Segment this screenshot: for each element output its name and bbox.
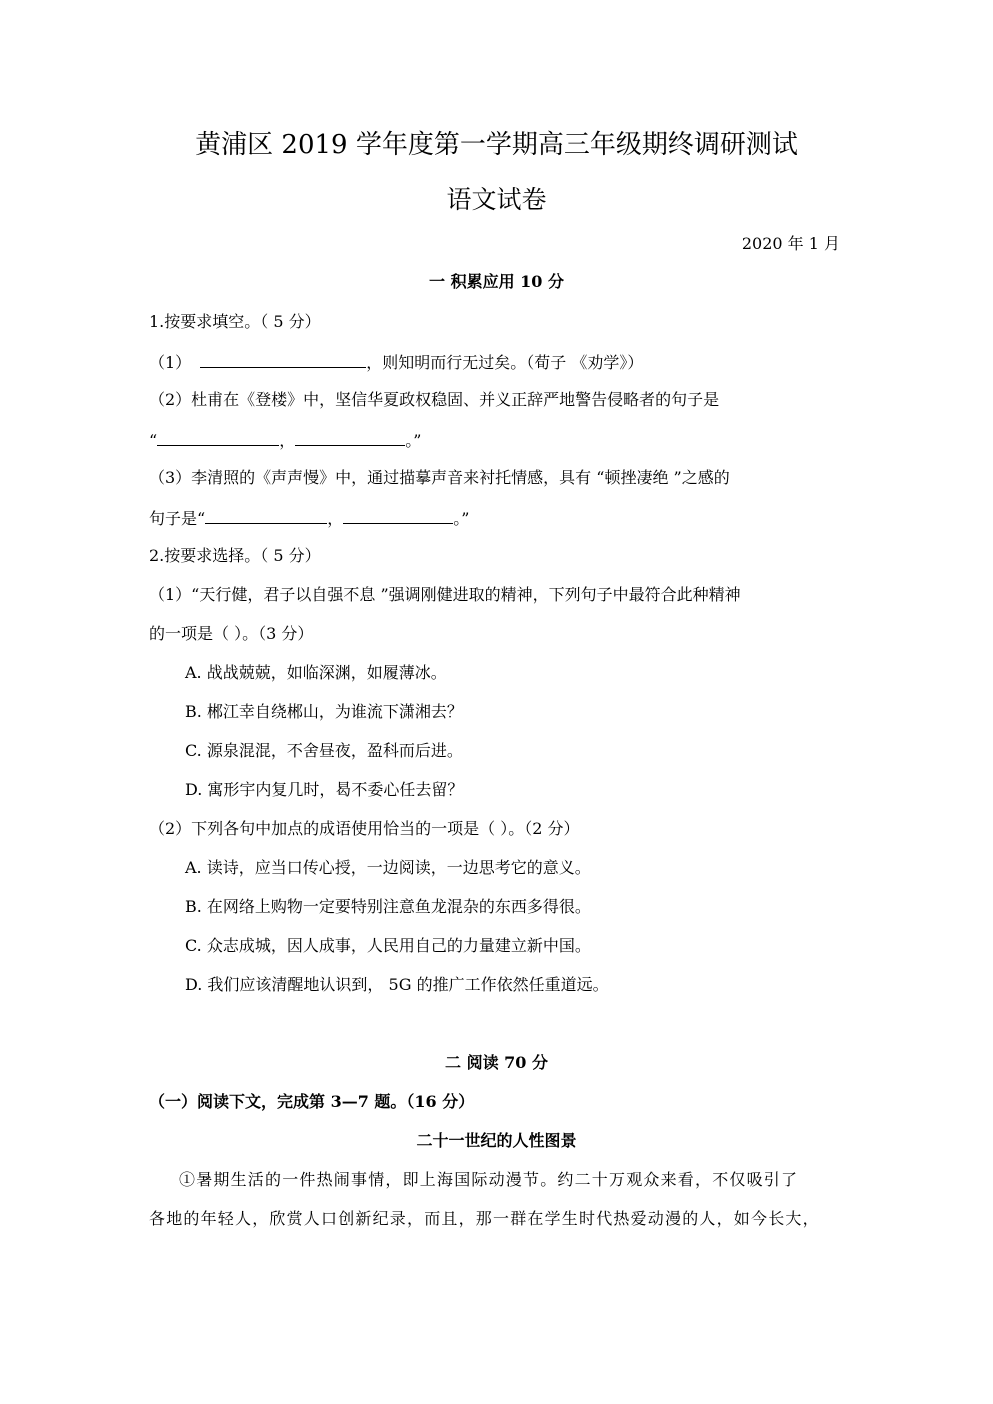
end-quote: 。” bbox=[405, 431, 421, 450]
option-c: C. 众志成城，因人成事，人民用自己的力量建立新中国。 bbox=[185, 936, 591, 956]
end-quote: 。” bbox=[453, 509, 469, 528]
article-title: 二十一世纪的人性图景 bbox=[0, 1131, 993, 1151]
section-1-title: 一 积累应用 10 分 bbox=[0, 272, 993, 292]
option-b: B. 郴江幸自绕郴山，为谁流下潇湘去？ bbox=[185, 702, 463, 722]
reading-part-1-heading: （一）阅读下文，完成第 3—7 题。（16 分） bbox=[149, 1092, 474, 1112]
fill-blank-1[interactable] bbox=[200, 351, 366, 368]
option-c: C. 源泉混混，不舍昼夜，盈科而后进。 bbox=[185, 741, 463, 761]
question-1-item-2: （2）杜甫在《登楼》中，坚信华夏政权稳固、并义正辞严地警告侵略者的句子是 bbox=[149, 390, 719, 410]
question-1-item-3: （3）李清照的《声声慢》中，通过描摹声音来衬托情感，具有 “顿挫凄绝 ”之感的 bbox=[149, 468, 730, 488]
question-1-stem: 1.按要求填空。（ 5 分） bbox=[149, 312, 321, 332]
option-b: B. 在网络上购物一定要特别注意鱼龙混杂的东西多得很。 bbox=[185, 897, 591, 917]
open-quote: “ bbox=[149, 431, 157, 450]
fill-blank-3b[interactable] bbox=[343, 507, 453, 524]
comma: ， bbox=[279, 431, 295, 450]
item-3-prefix: 句子是“ bbox=[149, 509, 205, 528]
fill-blank-3a[interactable] bbox=[205, 507, 327, 524]
question-2-sub-1-line-2: 的一项是（ ）。（3 分） bbox=[149, 624, 313, 644]
option-d: D. 我们应该清醒地认识到， 5G 的推广工作依然任重道远。 bbox=[185, 975, 609, 995]
option-a: A. 读诗，应当口传心授，一边阅读，一边思考它的意义。 bbox=[185, 858, 591, 878]
question-2-sub-2: （2）下列各句中加点的成语使用恰当的一项是（ ）。（2 分） bbox=[149, 819, 580, 839]
question-1-item-1: （1） ，则知明而行无过矣。（荀子 《劝学》） bbox=[149, 351, 643, 373]
question-2-stem: 2.按要求选择。（ 5 分） bbox=[149, 546, 321, 566]
article-paragraph-1-line-2: 各地的年轻人，欣赏人口创新纪录，而且，那一群在学生时代热爱动漫的人，如今长大， bbox=[149, 1209, 849, 1229]
exam-subtitle: 语文试卷 bbox=[0, 183, 993, 217]
item-1-prefix: （1） bbox=[149, 353, 191, 372]
fill-blank-2a[interactable] bbox=[157, 429, 279, 446]
exam-title: 黄浦区 2019 学年度第一学期高三年级期终调研测试 bbox=[0, 128, 993, 162]
comma: ， bbox=[327, 509, 343, 528]
section-2-title: 二 阅读 70 分 bbox=[0, 1053, 993, 1073]
option-d: D. 寓形宇内复几时，曷不委心任去留？ bbox=[185, 780, 463, 800]
question-2-sub-1-line-1: （1）“天行健，君子以自强不息 ”强调刚健进取的精神，下列句子中最符合此种精神 bbox=[149, 585, 741, 605]
question-1-item-2-blanks: “，。” bbox=[149, 429, 421, 451]
option-a: A. 战战兢兢，如临深渊，如履薄冰。 bbox=[185, 663, 447, 683]
item-1-suffix: ，则知明而行无过矣。（荀子 《劝学》） bbox=[366, 353, 643, 372]
article-paragraph-1-line-1: ①暑期生活的一件热闹事情，即上海国际动漫节。约二十万观众来看，不仅吸引了 bbox=[149, 1170, 879, 1190]
exam-date: 2020 年 1 月 bbox=[742, 234, 840, 254]
question-1-item-3-blanks: 句子是“，。” bbox=[149, 507, 469, 529]
fill-blank-2b[interactable] bbox=[295, 429, 405, 446]
